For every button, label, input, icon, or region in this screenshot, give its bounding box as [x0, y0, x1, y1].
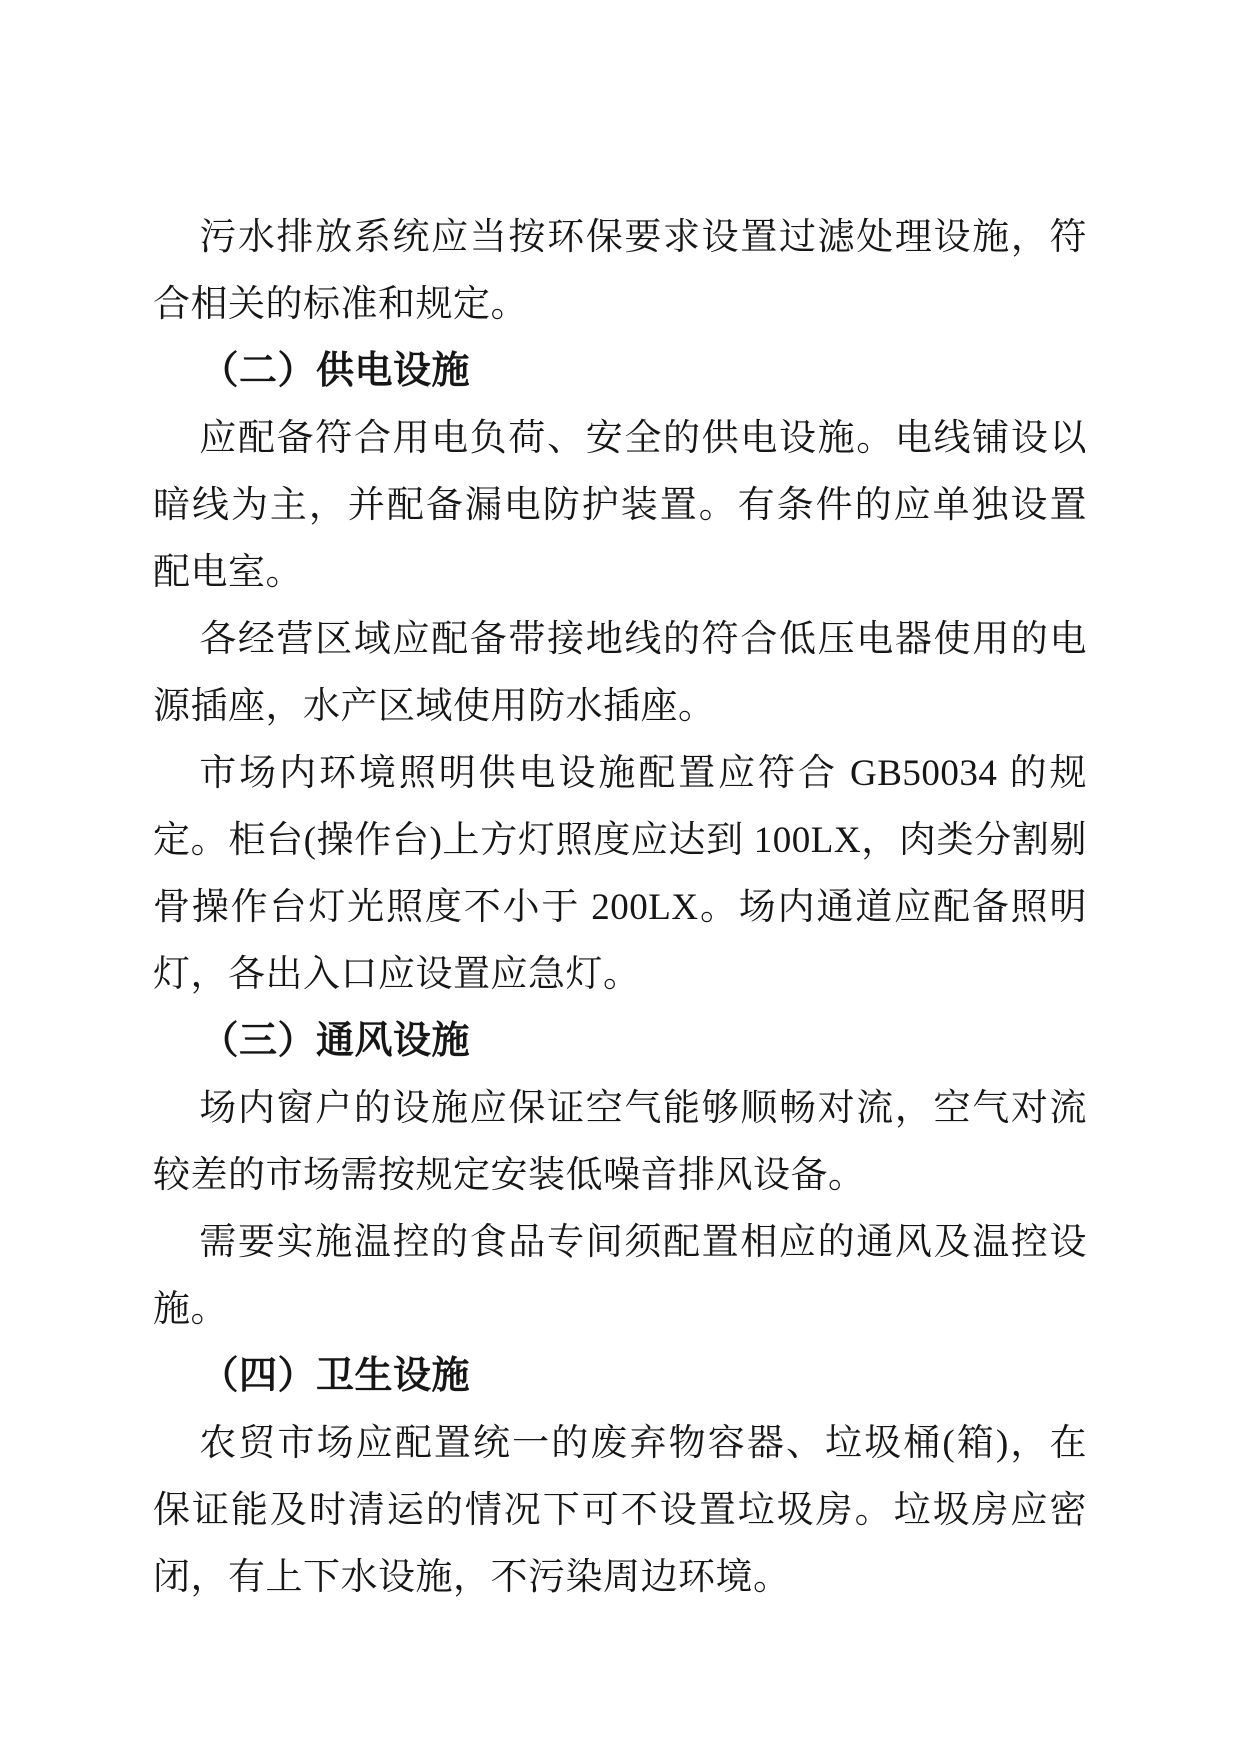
document-page: 污水排放系统应当按环保要求设置过滤处理设施，符合相关的标准和规定。 （二）供电设…	[0, 0, 1240, 1754]
body-paragraph-sockets: 各经营区域应配备带接地线的符合低压电器使用的电源插座，水产区域使用防水插座。	[153, 606, 1087, 740]
body-paragraph-waste-containers: 农贸市场应配置统一的废弃物容器、垃圾桶(箱)，在保证能及时清运的情况下可不设置垃…	[153, 1410, 1087, 1611]
document-content: 污水排放系统应当按环保要求设置过滤处理设施，符合相关的标准和规定。 （二）供电设…	[153, 204, 1087, 1611]
body-paragraph-sewage: 污水排放系统应当按环保要求设置过滤处理设施，符合相关的标准和规定。	[153, 204, 1087, 338]
body-paragraph-temperature-control: 需要实施温控的食品专间须配置相应的通风及温控设施。	[153, 1209, 1087, 1343]
section-heading-sanitation-facilities: （四）卫生设施	[153, 1343, 1087, 1410]
body-paragraph-airflow: 场内窗户的设施应保证空气能够顺畅对流，空气对流较差的市场需按规定安装低噪音排风设…	[153, 1075, 1087, 1209]
body-paragraph-power-supply: 应配备符合用电负荷、安全的供电设施。电线铺设以暗线为主，并配备漏电防护装置。有条…	[153, 405, 1087, 606]
section-heading-ventilation-facilities: （三）通风设施	[153, 1008, 1087, 1075]
section-heading-power-facilities: （二）供电设施	[153, 338, 1087, 405]
body-paragraph-lighting: 市场内环境照明供电设施配置应符合 GB50034 的规定。柜台(操作台)上方灯照…	[153, 740, 1087, 1008]
